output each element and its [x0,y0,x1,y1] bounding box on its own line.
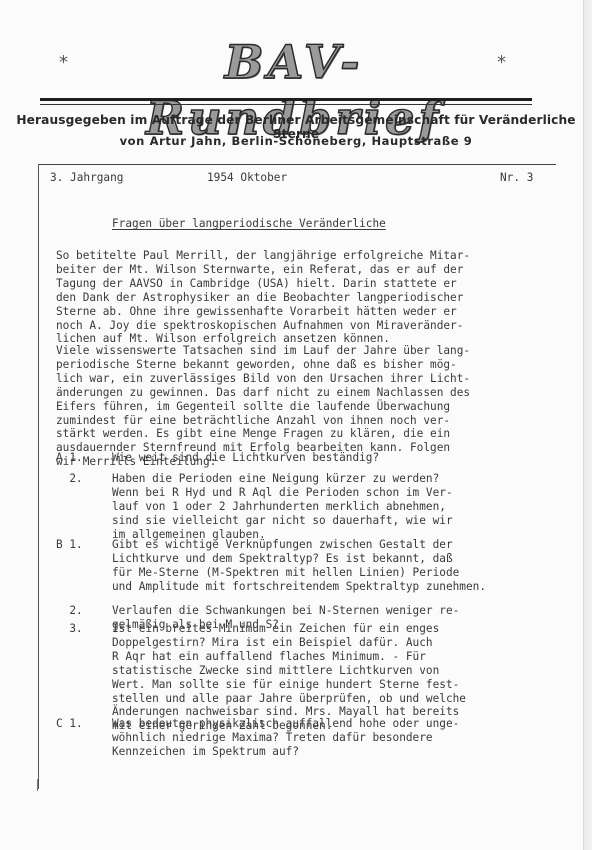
article-paragraph: So betitelte Paul Merrill, der langjähri… [56,249,470,346]
masthead-rule-thick [40,98,532,101]
issue-date: 1954 Oktober [207,171,287,185]
address-line: von Artur Jahn, Berlin-Schöneberg, Haupt… [0,134,592,148]
issue-number: Nr. 3 [500,171,533,185]
question-label: 2. [56,472,83,486]
frame-left-rule [38,164,39,789]
question-label: C 1. [56,717,83,731]
question-text: Haben die Perioden eine Neigung kürzer z… [112,472,453,542]
masthead-rule-thin [40,104,532,105]
issue-volume: 3. Jahrgang [50,171,123,185]
question-label: 3. [56,622,83,636]
question-label: B 1. [56,538,83,552]
question-text: Was bedeuten physikalisch auffallend hoh… [112,717,459,759]
question-label: A 1. [56,451,83,465]
question-text: Gibt es wichtige Verknüpfungen zwischen … [112,538,486,594]
star-ornament-right: * [497,52,506,73]
frame-tick-mark [37,779,38,791]
masthead: * BAV-Rundbrief * [0,34,592,94]
frame-top-rule [38,164,556,165]
question-label: 2. [56,604,83,618]
star-ornament-left: * [59,52,68,73]
article-headline: Fragen über langperiodische Veränderlich… [112,217,386,231]
question-text: Wie weit sind die Lichtkurven beständig? [112,451,379,465]
